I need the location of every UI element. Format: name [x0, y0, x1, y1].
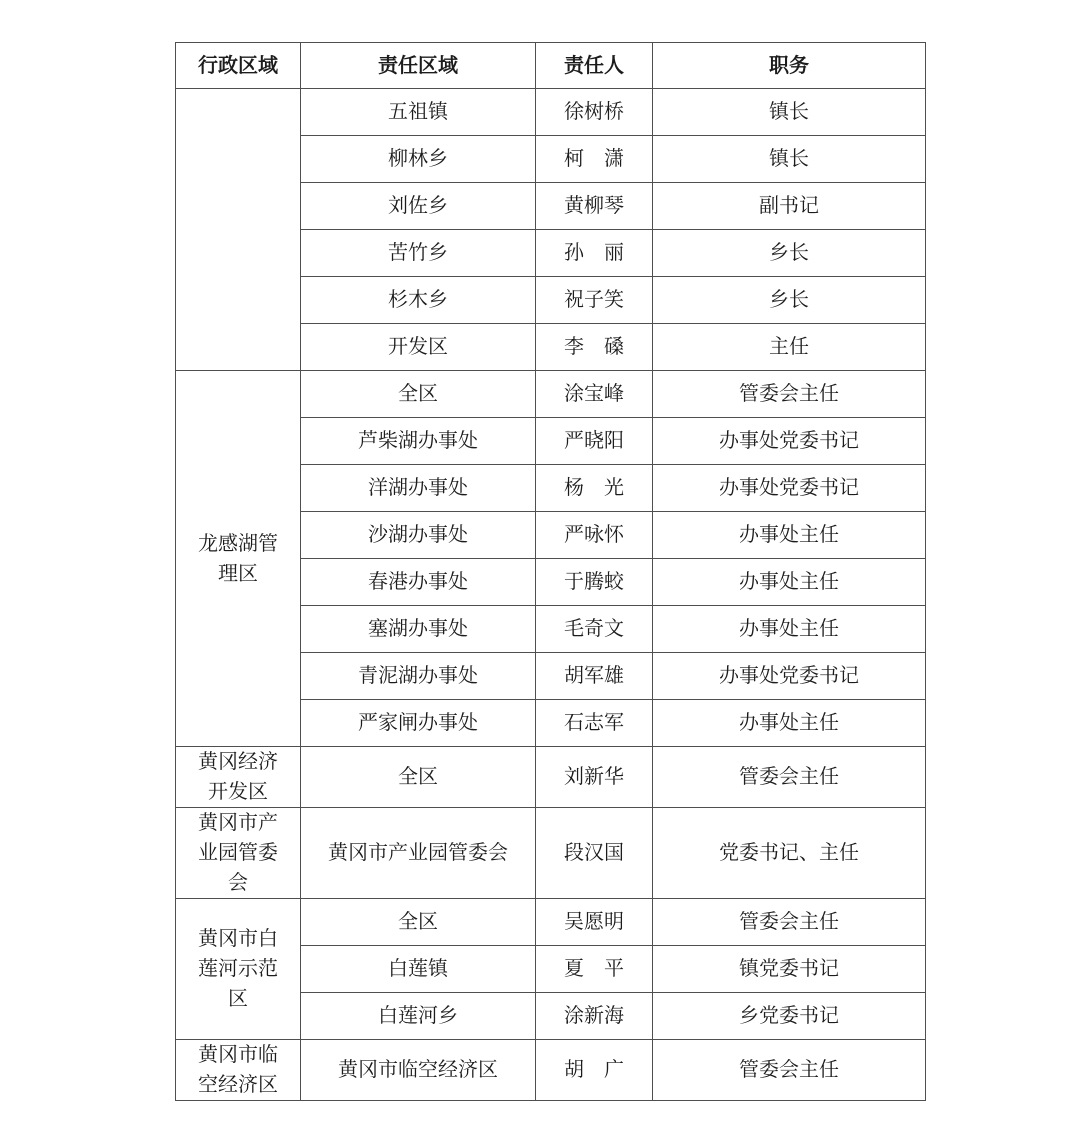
person-cell: 涂新海	[536, 993, 653, 1040]
title-cell: 办事处主任	[653, 559, 926, 606]
area-cell: 严家闸办事处	[301, 700, 536, 747]
header-responsibility-region: 责任区域	[301, 43, 536, 89]
table-row: 黄冈市白莲河示范区全区吴愿明管委会主任	[176, 899, 926, 946]
title-cell: 办事处党委书记	[653, 653, 926, 700]
area-cell: 沙湖办事处	[301, 512, 536, 559]
person-cell: 涂宝峰	[536, 371, 653, 418]
table-row: 龙感湖管理区全区涂宝峰管委会主任	[176, 371, 926, 418]
title-cell: 乡长	[653, 277, 926, 324]
title-cell: 党委书记、主任	[653, 808, 926, 899]
area-cell: 白莲河乡	[301, 993, 536, 1040]
title-cell: 乡党委书记	[653, 993, 926, 1040]
area-cell: 柳林乡	[301, 136, 536, 183]
person-cell: 柯 潇	[536, 136, 653, 183]
area-cell: 春港办事处	[301, 559, 536, 606]
title-cell: 管委会主任	[653, 747, 926, 808]
person-cell: 徐树桥	[536, 89, 653, 136]
area-cell: 白莲镇	[301, 946, 536, 993]
table-header-row: 行政区域 责任区域 责任人 职务	[176, 43, 926, 89]
title-cell: 副书记	[653, 183, 926, 230]
person-cell: 毛奇文	[536, 606, 653, 653]
title-cell: 镇长	[653, 89, 926, 136]
table-row: 黄冈市产业园管委会黄冈市产业园管委会段汉国党委书记、主任	[176, 808, 926, 899]
area-cell: 全区	[301, 899, 536, 946]
area-cell: 芦柴湖办事处	[301, 418, 536, 465]
area-cell: 塞湖办事处	[301, 606, 536, 653]
title-cell: 主任	[653, 324, 926, 371]
region-cell: 黄冈市产业园管委会	[176, 808, 301, 899]
region-cell: 龙感湖管理区	[176, 371, 301, 747]
title-cell: 管委会主任	[653, 1040, 926, 1101]
person-cell: 胡 广	[536, 1040, 653, 1101]
title-cell: 镇长	[653, 136, 926, 183]
title-cell: 镇党委书记	[653, 946, 926, 993]
area-cell: 全区	[301, 371, 536, 418]
area-cell: 全区	[301, 747, 536, 808]
person-cell: 杨 光	[536, 465, 653, 512]
table-row: 五祖镇徐树桥镇长	[176, 89, 926, 136]
region-cell: 黄冈市临空经济区	[176, 1040, 301, 1101]
header-admin-region: 行政区域	[176, 43, 301, 89]
person-cell: 孙 丽	[536, 230, 653, 277]
person-cell: 严晓阳	[536, 418, 653, 465]
area-cell: 杉木乡	[301, 277, 536, 324]
area-cell: 刘佐乡	[301, 183, 536, 230]
responsibility-table: 行政区域 责任区域 责任人 职务 五祖镇徐树桥镇长柳林乡柯 潇镇长刘佐乡黄柳琴副…	[175, 42, 926, 1101]
area-cell: 苦竹乡	[301, 230, 536, 277]
area-cell: 五祖镇	[301, 89, 536, 136]
document-page: 行政区域 责任区域 责任人 职务 五祖镇徐树桥镇长柳林乡柯 潇镇长刘佐乡黄柳琴副…	[0, 0, 1080, 1140]
header-position: 职务	[653, 43, 926, 89]
title-cell: 乡长	[653, 230, 926, 277]
title-cell: 办事处党委书记	[653, 418, 926, 465]
table-row: 黄冈市临空经济区黄冈市临空经济区胡 广管委会主任	[176, 1040, 926, 1101]
person-cell: 李 磉	[536, 324, 653, 371]
area-cell: 黄冈市临空经济区	[301, 1040, 536, 1101]
person-cell: 于腾蛟	[536, 559, 653, 606]
person-cell: 段汉国	[536, 808, 653, 899]
person-cell: 吴愿明	[536, 899, 653, 946]
person-cell: 祝子笑	[536, 277, 653, 324]
title-cell: 办事处主任	[653, 606, 926, 653]
table-body: 五祖镇徐树桥镇长柳林乡柯 潇镇长刘佐乡黄柳琴副书记苦竹乡孙 丽乡长杉木乡祝子笑乡…	[176, 89, 926, 1101]
area-cell: 洋湖办事处	[301, 465, 536, 512]
person-cell: 石志军	[536, 700, 653, 747]
region-cell: 黄冈市白莲河示范区	[176, 899, 301, 1040]
person-cell: 夏 平	[536, 946, 653, 993]
table-row: 黄冈经济开发区全区刘新华管委会主任	[176, 747, 926, 808]
title-cell: 管委会主任	[653, 371, 926, 418]
person-cell: 黄柳琴	[536, 183, 653, 230]
title-cell: 管委会主任	[653, 899, 926, 946]
person-cell: 胡军雄	[536, 653, 653, 700]
area-cell: 黄冈市产业园管委会	[301, 808, 536, 899]
title-cell: 办事处主任	[653, 700, 926, 747]
person-cell: 严咏怀	[536, 512, 653, 559]
region-cell	[176, 89, 301, 371]
title-cell: 办事处主任	[653, 512, 926, 559]
title-cell: 办事处党委书记	[653, 465, 926, 512]
person-cell: 刘新华	[536, 747, 653, 808]
header-responsible-person: 责任人	[536, 43, 653, 89]
area-cell: 青泥湖办事处	[301, 653, 536, 700]
area-cell: 开发区	[301, 324, 536, 371]
region-cell: 黄冈经济开发区	[176, 747, 301, 808]
